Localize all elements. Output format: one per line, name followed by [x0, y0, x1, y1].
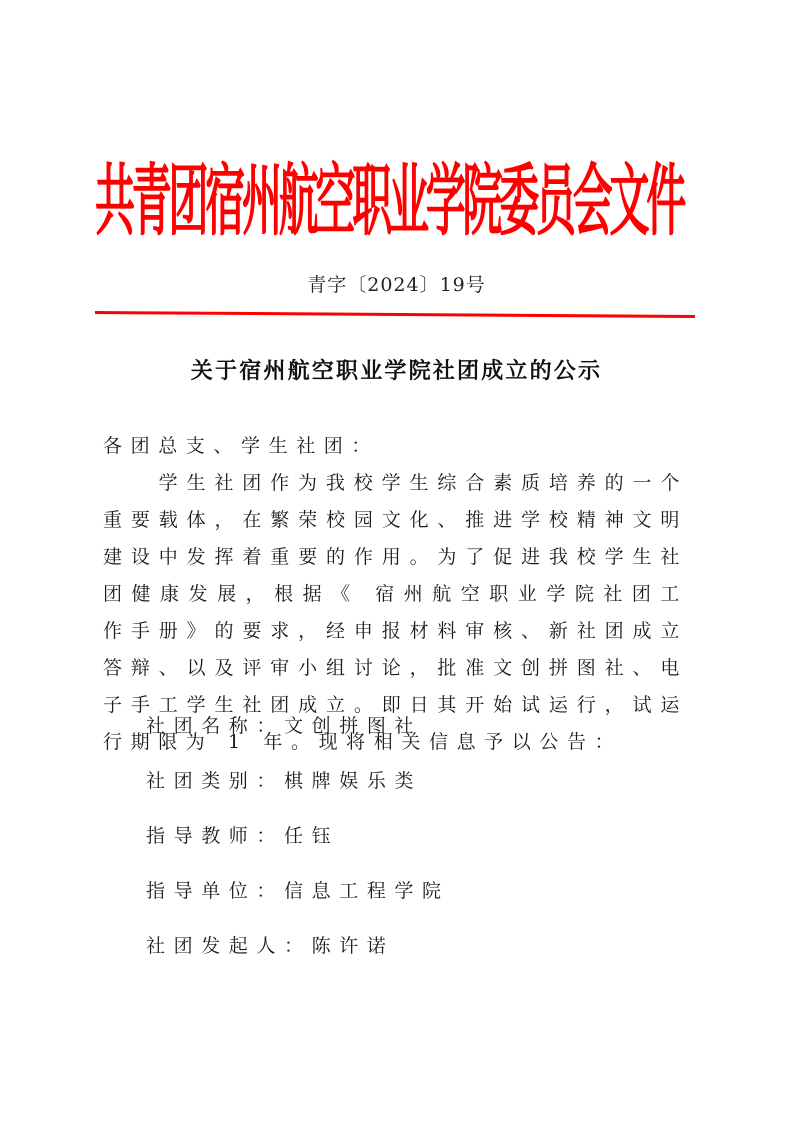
masthead-char: 业: [389, 120, 426, 284]
info-row-club-name: 社团名称：文创拼图社: [146, 708, 450, 763]
info-value: 陈许诺: [312, 935, 395, 957]
masthead-char: 职: [352, 120, 389, 284]
info-value: 文创拼图社: [284, 715, 422, 737]
masthead-char: 院: [463, 120, 500, 284]
masthead-char: 空: [316, 120, 353, 284]
document-number: 青字〔2024〕19号: [0, 272, 793, 298]
masthead-char: 员: [536, 120, 573, 284]
info-value: 信息工程学院: [284, 880, 450, 902]
info-label: 社团类别：: [146, 770, 284, 792]
document-page: 共 青 团 宿 州 航 空 职 业 学 院 委 员 会 文 件 青字〔2024〕…: [0, 0, 793, 1122]
info-row-advisor: 指导教师：任钰: [146, 818, 450, 873]
info-value: 棋牌娱乐类: [284, 770, 422, 792]
masthead-char: 宿: [205, 120, 242, 284]
notice-title: 关于宿州航空职业学院社团成立的公示: [0, 356, 793, 386]
masthead-char: 会: [573, 120, 610, 284]
masthead-char: 州: [242, 120, 279, 284]
info-value: 任钰: [284, 825, 339, 847]
info-label: 社团名称：: [146, 715, 284, 737]
info-label: 指导教师：: [146, 825, 284, 847]
masthead-char: 航: [279, 120, 316, 284]
info-row-club-category: 社团类别：棋牌娱乐类: [146, 763, 450, 818]
masthead-char: 件: [646, 120, 683, 284]
info-row-founder: 社团发起人：陈许诺: [146, 928, 450, 983]
masthead-char: 共: [95, 120, 132, 284]
red-separator-line: [95, 311, 695, 318]
masthead-char: 青: [132, 120, 169, 284]
club-info-list: 社团名称：文创拼图社 社团类别：棋牌娱乐类 指导教师：任钰 指导单位：信息工程学…: [146, 708, 450, 983]
masthead-char: 学: [426, 120, 463, 284]
masthead-char: 文: [610, 120, 647, 284]
info-label: 社团发起人：: [146, 935, 312, 957]
info-row-supervising-unit: 指导单位：信息工程学院: [146, 873, 450, 928]
salutation: 各团总支、学生社团：: [103, 428, 688, 465]
masthead-char: 团: [169, 120, 206, 284]
info-label: 指导单位：: [146, 880, 284, 902]
document-masthead: 共 青 团 宿 州 航 空 职 业 学 院 委 员 会 文 件: [95, 160, 683, 244]
masthead-char: 委: [499, 120, 536, 284]
